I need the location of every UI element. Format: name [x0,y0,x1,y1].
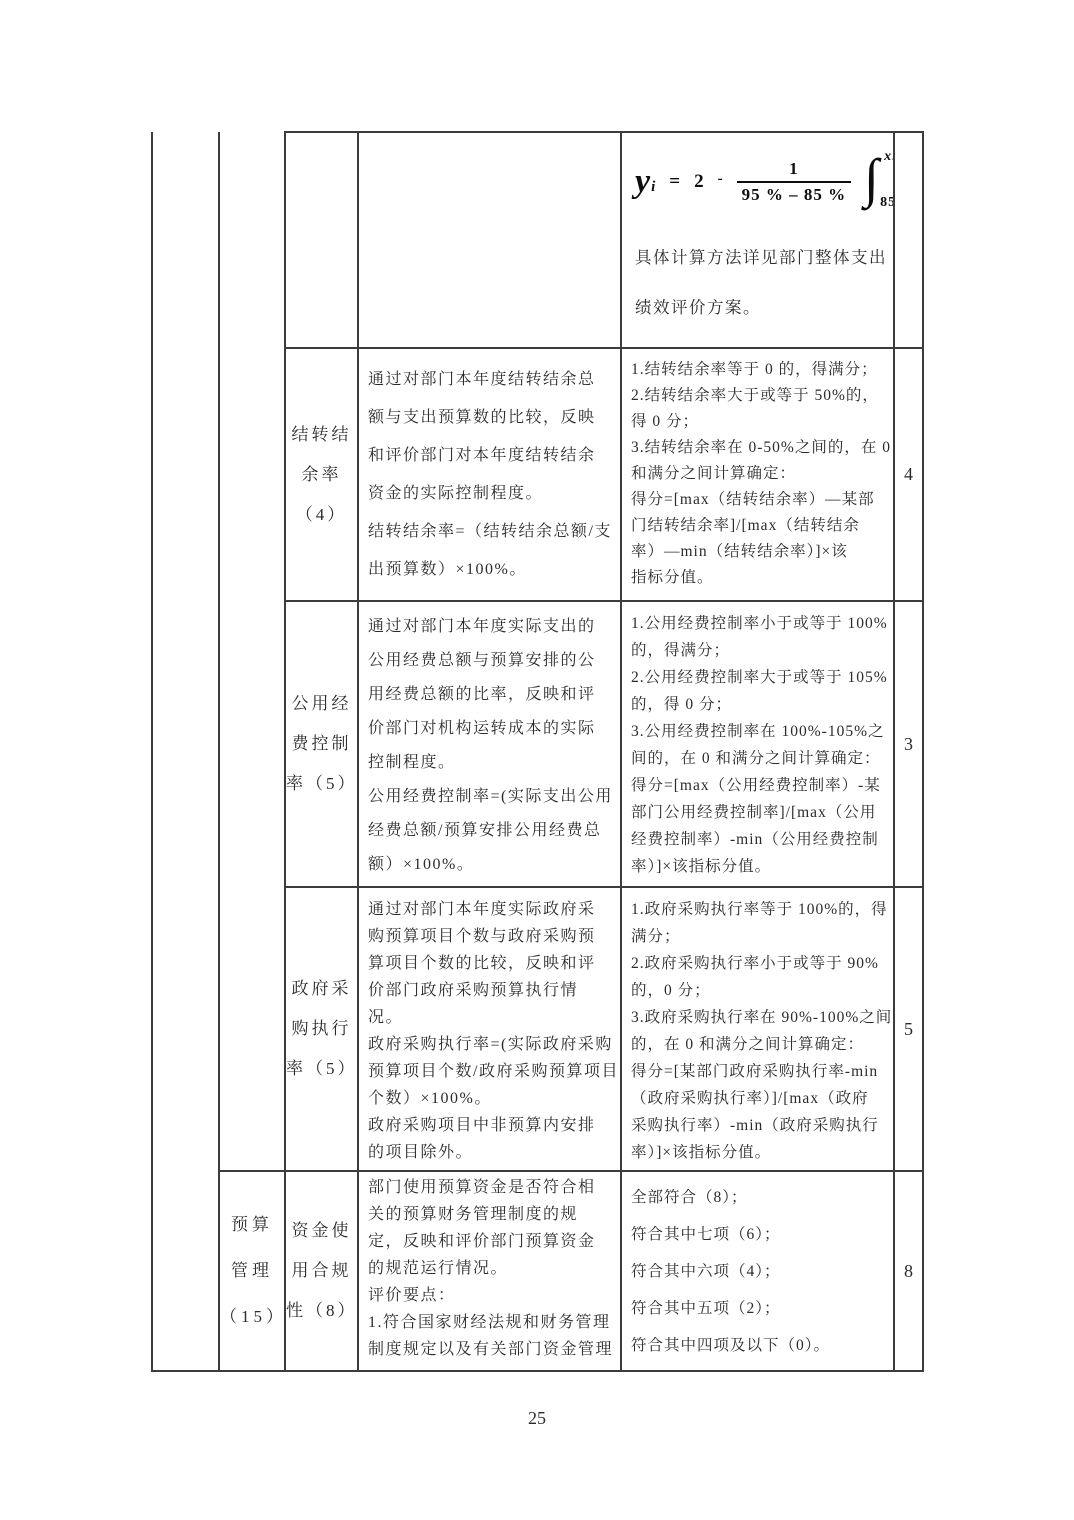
score-cell-empty [894,132,923,348]
indicator-cell-empty [285,132,358,348]
category-level2-cell: 预算 管理 （15） [219,1171,285,1371]
description-cell: 通过对部门本年度实际政府采 购预算项目个数与政府采购预 算项目个数的比较，反映和… [358,887,621,1171]
formula: yi = 2 - 1 95 % – 85 % ∫ xi 85 [635,153,894,211]
document-page: yi = 2 - 1 95 % – 85 % ∫ xi 85 具体计算方法详见部… [0,0,1074,1520]
scoring-cell-formula: yi = 2 - 1 95 % – 85 % ∫ xi 85 具体计算方法详见部… [621,132,894,348]
score-cell: 8 [894,1171,923,1371]
page-number: 25 [0,1408,1074,1429]
minus-sign: - [718,171,724,188]
scoring-cell: 1.政府采购执行率等于 100%的，得 满分； 2.政府采购执行率小于或等于 9… [621,887,894,1171]
formula-fraction: 1 95 % – 85 % [737,158,852,207]
score-cell: 4 [894,348,923,601]
description-cell-empty [358,132,621,348]
table-row: 预算 管理 （15） 资金使 用合规 性（8） 部门使用预算资金是否符合相 关的… [152,1171,923,1371]
equals-sign: = [669,171,681,193]
indicator-cell: 公用经 费控制 率（5） [285,601,358,887]
description-cell: 通过对部门本年度实际支出的 公用经费总额与预算安排的公 用经费总额的比率，反映和… [358,601,621,887]
scoring-cell: 1.公用经费控制率小于或等于 100% 的，得满分； 2.公用经费控制率大于或等… [621,601,894,887]
category-level2-cell-continued [219,132,285,1171]
score-cell: 5 [894,887,923,1171]
category-level1-cell-continued [152,132,219,1371]
formula-note: 具体计算方法详见部门整体支出 绩效评价方案。 [635,233,893,333]
formula-variable: yi [635,165,656,199]
scoring-cell: 全部符合（8）； 符合其中七项（6）； 符合其中六项（4）； 符合其中五项（2）… [621,1171,894,1371]
description-cell: 部门使用预算资金是否符合相 关的预算财务管理制度的规 定，反映和评价部门预算资金… [358,1171,621,1371]
table-row-formula: yi = 2 - 1 95 % – 85 % ∫ xi 85 具体计算方法详见部… [152,132,923,348]
indicator-cell: 资金使 用合规 性（8） [285,1171,358,1371]
indicator-cell: 政府采 购执行 率（5） [285,887,358,1171]
integral-sign: ∫ xi 85 [864,153,894,211]
score-cell: 3 [894,601,923,887]
description-cell: 通过对部门本年度结转结余总 额与支出预算数的比较，反映 和评价部门对本年度结转结… [358,348,621,601]
evaluation-indicator-table: yi = 2 - 1 95 % – 85 % ∫ xi 85 具体计算方法详见部… [151,131,924,1372]
scoring-cell: 1.结转结余率等于 0 的，得满分； 2.结转结余率大于或等于 50%的， 得 … [621,348,894,601]
indicator-cell: 结转结 余率 （4） [285,348,358,601]
formula-constant: 2 [694,171,705,193]
